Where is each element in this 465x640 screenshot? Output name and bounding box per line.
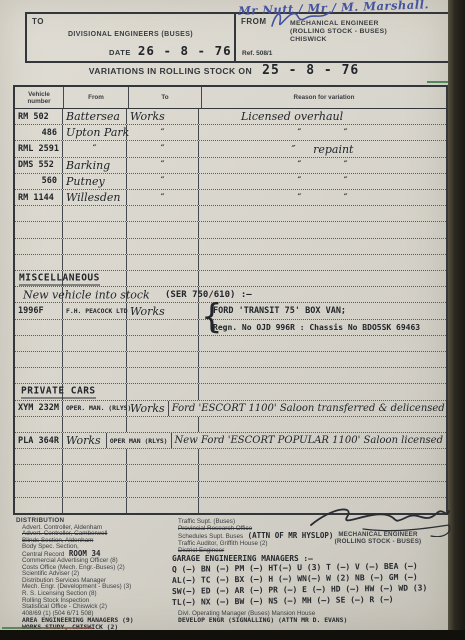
cell-reason xyxy=(199,482,446,497)
from-label: FROM xyxy=(241,17,267,26)
table-row xyxy=(15,206,446,222)
cell-to xyxy=(127,498,199,513)
cell-vehicle xyxy=(15,255,63,270)
cell-reason xyxy=(199,255,446,270)
cell-to xyxy=(127,222,199,237)
cell-from: Works xyxy=(63,433,107,448)
cell-to xyxy=(127,239,199,254)
table-row: DMS 552Barking″″ ″ xyxy=(15,158,446,174)
cell-reason: ″ ″ xyxy=(199,174,446,189)
cell-from xyxy=(63,498,127,513)
cell-vehicle xyxy=(15,368,63,383)
note-new-vehicle: New vehicle into stock xyxy=(23,288,150,301)
cell-reason xyxy=(199,368,446,383)
cell-reason xyxy=(199,206,446,221)
table-row: PRIVATE CARS xyxy=(15,384,446,400)
cell-reason xyxy=(199,449,446,464)
cell-reason xyxy=(199,336,446,351)
table-row: XYM 232MOPER. MAN. (RLYS)WorksFord 'ESCO… xyxy=(15,401,446,417)
cell-to: ″ xyxy=(127,125,199,140)
cell-vehicle xyxy=(15,482,63,497)
cell-to xyxy=(127,465,199,480)
cell-vehicle: PLA 364R xyxy=(15,433,63,448)
cell-from xyxy=(63,449,127,464)
cell-from: F.H. PEACOCK LTD xyxy=(63,303,127,318)
table-row: MISCELLANEOUS xyxy=(15,271,446,287)
table-row: PLA 364RWorksOPER MAN (RLYS)New Ford 'ES… xyxy=(15,433,446,449)
cell-vehicle xyxy=(15,222,63,237)
cell-vehicle: DMS 552 xyxy=(15,158,63,173)
cell-from xyxy=(63,368,127,383)
section-label-private-cars: PRIVATE CARS xyxy=(21,386,96,399)
scan-edge-bottom xyxy=(0,630,465,640)
cell-reason: ″ repaint xyxy=(199,141,446,156)
cell-to: Works xyxy=(127,303,199,318)
cell-vehicle xyxy=(15,465,63,480)
cell-to xyxy=(127,320,199,335)
cell-vehicle xyxy=(15,336,63,351)
table-row xyxy=(15,222,446,238)
table-row xyxy=(15,465,446,481)
cell-to xyxy=(127,206,199,221)
cell-to xyxy=(127,384,199,399)
cell-from xyxy=(63,255,127,270)
column-header-from: From xyxy=(64,87,129,108)
cell-from: ″ xyxy=(63,141,127,156)
cell-from xyxy=(63,336,127,351)
cell-from xyxy=(63,206,127,221)
cell-reason: Regn. No OJD 996R : Chassis No BDO5SK 69… xyxy=(199,320,446,335)
cell-vehicle xyxy=(15,352,63,367)
cell-from xyxy=(63,465,127,480)
cell-vehicle: RM 1144 xyxy=(15,190,63,205)
table-row: 486Upton Park″″ ″ xyxy=(15,125,446,141)
cell-to: OPER MAN (RLYS) xyxy=(107,433,172,448)
signature-block: MECHANICAL ENGINEER (ROLLING STOCK - BUS… xyxy=(302,503,454,545)
table-row xyxy=(15,352,446,368)
cell-from: OPER. MAN. (RLYS) xyxy=(63,401,127,416)
document-page: Mr Nutt / Mr / M. Marshall. TO DIVISIONA… xyxy=(0,0,448,631)
distribution-section: DISTRIBUTION Advert. Controller, Aldenha… xyxy=(16,518,168,630)
table-row xyxy=(15,239,446,255)
cell-to: Works xyxy=(127,109,199,124)
cell-to xyxy=(127,271,199,286)
to-label: TO xyxy=(32,17,44,26)
form-title-date-handwritten: 25 - 8 - 76 xyxy=(262,63,359,78)
cell-reason xyxy=(199,417,446,432)
cell-to: ″ xyxy=(127,190,199,205)
form-title-label: VARIATIONS IN ROLLING STOCK ON xyxy=(89,66,252,76)
table-row: 1996FF.H. PEACOCK LTDWorksFORD 'TRANSIT … xyxy=(15,303,446,319)
cell-vehicle xyxy=(15,206,63,221)
table-row: Regn. No OJD 996R : Chassis No BDO5SK 69… xyxy=(15,320,446,336)
cell-to: ″ xyxy=(127,174,199,189)
to-value: DIVISIONAL ENGINEERS (BUSES) xyxy=(27,31,234,38)
table-row: RM 1144Willesden″″ ″ xyxy=(15,190,446,206)
scan-artifact-bottom xyxy=(2,627,92,629)
cell-to xyxy=(127,255,199,270)
cell-to xyxy=(127,482,199,497)
cell-to: ″ xyxy=(127,141,199,156)
distribution-item: DEVELOP ENGR (SIGNALLING) (ATTN MR D. EV… xyxy=(172,617,452,624)
cell-to: ″ xyxy=(127,158,199,173)
column-header-reason: Reason for variation xyxy=(202,87,446,108)
distribution-bottom: Divl. Operating Manager (Buses) Mansion … xyxy=(172,610,452,624)
cell-to xyxy=(127,368,199,383)
cell-to: Works xyxy=(127,401,169,416)
cell-to xyxy=(127,449,199,464)
cell-from: Willesden xyxy=(63,190,127,205)
cell-from xyxy=(63,222,127,237)
cell-from xyxy=(63,352,127,367)
table-row: 560Putney″″ ″ xyxy=(15,174,446,190)
cell-reason: Licensed overhaul xyxy=(199,109,446,124)
column-header-to: To xyxy=(129,87,202,108)
cell-reason: ″ ″ xyxy=(199,190,446,205)
cell-from: Putney xyxy=(63,174,127,189)
cell-vehicle xyxy=(15,239,63,254)
cell-vehicle xyxy=(15,449,63,464)
form-title: VARIATIONS IN ROLLING STOCK ON 25 - 8 - … xyxy=(0,63,448,78)
cell-from xyxy=(63,320,127,335)
cell-from: Upton Park xyxy=(63,125,127,140)
section-label-miscellaneous: MISCELLANEOUS xyxy=(19,272,100,285)
cell-reason: ″ ″ xyxy=(199,125,446,140)
cell-vehicle xyxy=(15,498,63,513)
table-row: New vehicle into stock(SER 750/610) :— xyxy=(15,287,446,303)
garage-code-lines: Q (–) BN (–) PM (–) HT(–) U (3) T (–) V … xyxy=(172,562,452,606)
cell-vehicle: RML 2591 xyxy=(15,141,63,156)
cell-reason xyxy=(199,222,446,237)
stock-table: Vehicle number From To Reason for variat… xyxy=(13,85,448,515)
table-row xyxy=(15,449,446,465)
cell-reason: ″ ″ xyxy=(199,158,446,173)
cell-vehicle: RM 502 xyxy=(15,109,63,124)
table-row xyxy=(15,336,446,352)
cell-reason: FORD 'TRANSIT 75' BOX VAN; xyxy=(199,303,446,318)
to-box: TO DIVISIONAL ENGINEERS (BUSES) DATE 26 … xyxy=(25,12,236,63)
table-row xyxy=(15,482,446,498)
cell-reason xyxy=(199,239,446,254)
cell-to xyxy=(127,336,199,351)
cell-reason: Ford 'ESCORT 1100' Saloon transferred & … xyxy=(169,401,448,416)
table-row xyxy=(15,368,446,384)
cell-vehicle xyxy=(15,417,63,432)
table-row xyxy=(15,417,446,433)
cell-to xyxy=(127,352,199,367)
column-header-vehicle: Vehicle number xyxy=(15,87,64,108)
table-header: Vehicle number From To Reason for variat… xyxy=(15,87,446,109)
cell-from: Barking xyxy=(63,158,127,173)
handwritten-brace: { xyxy=(201,299,223,335)
cell-vehicle: 1996F xyxy=(15,303,63,318)
date-value-handwritten: 26 - 8 - 76 xyxy=(138,43,232,58)
cell-from xyxy=(63,239,127,254)
cell-from xyxy=(63,417,127,432)
signature-title-1: MECHANICAL ENGINEER xyxy=(302,531,454,538)
cell-from xyxy=(63,482,127,497)
table-row: RML 2591″″″ repaint xyxy=(15,141,446,157)
cell-vehicle: XYM 232M xyxy=(15,401,63,416)
cell-from: Battersea xyxy=(63,109,127,124)
cell-reason: New Ford 'ESCORT POPULAR 1100' Saloon li… xyxy=(172,433,446,448)
from-line-3: CHISWICK xyxy=(290,36,387,44)
cell-vehicle xyxy=(15,320,63,335)
cell-reason xyxy=(199,384,446,399)
cell-reason xyxy=(199,271,446,286)
cell-reason xyxy=(199,352,446,367)
cell-reason xyxy=(199,465,446,480)
cell-vehicle: 560 xyxy=(15,174,63,189)
table-row: RM 502BatterseaWorksLicensed overhaul xyxy=(15,109,446,125)
table-row xyxy=(15,255,446,271)
cell-to xyxy=(127,417,199,432)
date-label: DATE xyxy=(109,48,131,57)
table-body: RM 502BatterseaWorksLicensed overhaul486… xyxy=(15,109,446,513)
distribution-item: District Engineer xyxy=(172,547,452,554)
scan-artifact-green xyxy=(427,81,448,83)
from-box: FROM MECHANICAL ENGINEER (ROLLING STOCK … xyxy=(234,12,450,63)
ref-number: Ref. 508/1 xyxy=(242,50,272,57)
signature-title-2: (ROLLING STOCK - BUSES) xyxy=(302,538,454,545)
cell-vehicle: 486 xyxy=(15,125,63,140)
